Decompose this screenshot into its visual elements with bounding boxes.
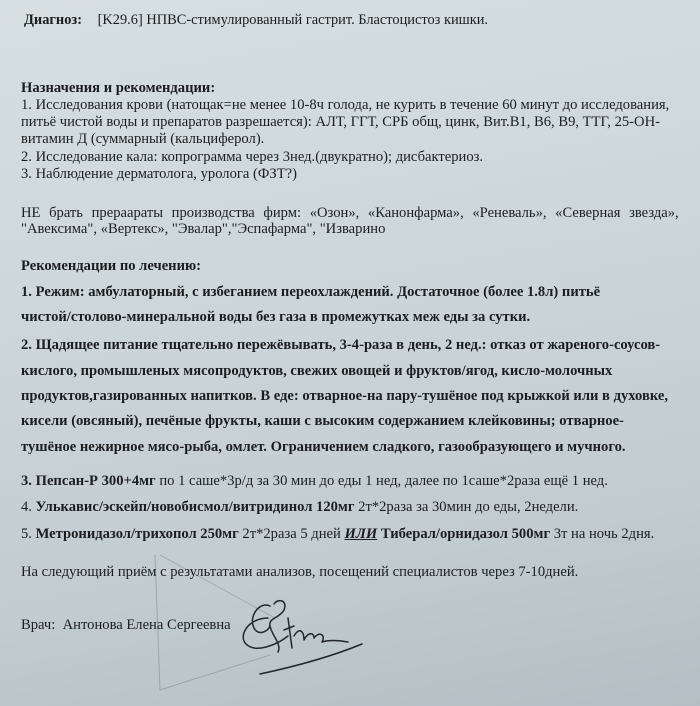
diagnosis-text: НПВС-стимулированный гастрит. Бластоцист… xyxy=(146,12,488,28)
or-emphasis: ИЛИ xyxy=(344,526,377,542)
drug-name: Тиберал/орнидазол 500мг xyxy=(377,526,550,542)
drug-name: 3. Пепсан-Р 300+4мг xyxy=(21,473,156,489)
medical-document: Диагноз: [K29.6] НПВС-стимулированный га… xyxy=(0,0,700,706)
treatment-item-1-cont: чистой/столово-минеральной воды без газа… xyxy=(21,309,530,326)
dosage-text: 3т на ночь 2дня. xyxy=(550,526,654,542)
diagnosis-code: [K29.6] xyxy=(98,12,143,28)
doctor-label: Врач: xyxy=(21,617,55,633)
treatment-heading: Рекомендации по лечению: xyxy=(21,258,201,275)
treatment-item-1: 1. Режим: амбулаторный, с избеганием пер… xyxy=(21,284,600,301)
drug-name: Улькавис/эскейп/новобисмол/витридинол 12… xyxy=(36,499,355,515)
treatment-item-2-cont: кислого, промышленых мясопродуктов, свеж… xyxy=(21,363,612,380)
diagnosis-line: Диагноз: [K29.6] НПВС-стимулированный га… xyxy=(24,12,488,29)
treatment-item-2-cont: тушёное нежирное мясо-рыба, омлет. Огран… xyxy=(21,439,626,456)
doctor-line: Врач: Антонова Елена Сергеевна xyxy=(21,617,231,634)
drug-name: Метронидазол/трихопол 250мг xyxy=(36,526,239,542)
warning-line: "Авексима", «Вертекс», "Эвалар","Эспафар… xyxy=(21,221,385,238)
item-number: 4. xyxy=(21,499,36,515)
treatment-item-2: 2. Щадящее питание тщательно пережёвыват… xyxy=(21,337,660,354)
treatment-item-4: 4. Улькавис/эскейп/новобисмол/витридинол… xyxy=(21,499,578,516)
doctor-name: Антонова Елена Сергеевна xyxy=(63,617,231,633)
item-number: 5. xyxy=(21,526,36,542)
dosage-text: по 1 саше*3р/д за 30 мин до еды 1 нед, д… xyxy=(156,473,608,489)
prescriptions-heading: Назначения и рекомендации: xyxy=(21,80,215,97)
diagnosis-label: Диагноз: xyxy=(24,12,82,28)
signature-icon xyxy=(238,596,378,691)
prescription-line: 1. Исследования крови (натощак=не менее … xyxy=(21,97,669,114)
prescription-line: витамин Д (суммарный (кальциферол). xyxy=(21,131,264,148)
dosage-text: 2т*2раза за 30мин до еды, 2недели. xyxy=(355,499,579,515)
next-visit-note: На следующий приём с результатами анализ… xyxy=(21,564,578,581)
warning-line: НЕ брать прераараты производства фирм: «… xyxy=(21,205,679,222)
prescription-line: 3. Наблюдение дерматолога, уролога (ФЗТ?… xyxy=(21,166,297,183)
prescription-line: питьё чистой воды и препаратов разрешает… xyxy=(21,114,660,131)
treatment-item-3: 3. Пепсан-Р 300+4мг по 1 саше*3р/д за 30… xyxy=(21,473,608,490)
dosage-text: 2т*2раза 5 дней xyxy=(239,526,345,542)
prescription-line: 2. Исследование кала: копрограмма через … xyxy=(21,149,483,166)
treatment-item-2-cont: продуктов,газированных напитков. В еде: … xyxy=(21,388,668,405)
treatment-item-5: 5. Метронидазол/трихопол 250мг 2т*2раза … xyxy=(21,526,654,543)
treatment-item-2-cont: кисели (овсяный), печёные фрукты, каши с… xyxy=(21,413,624,430)
